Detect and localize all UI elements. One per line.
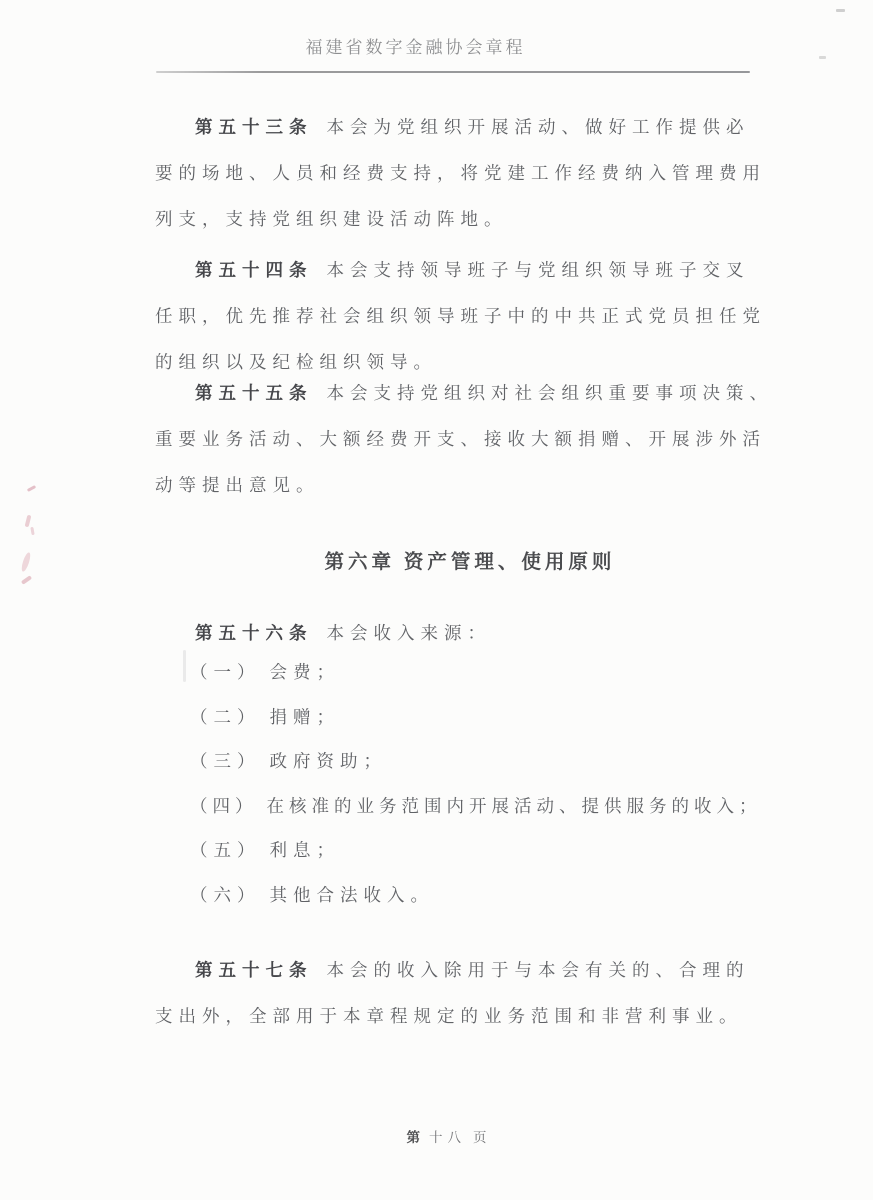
running-header-title: 福建省数字金融协会章程	[0, 33, 831, 58]
chapter-heading: 第六章 资产管理、使用原则	[164, 548, 776, 578]
article-text: 本会支持党组织对社会组织重要事项决策、	[327, 383, 774, 403]
article-53: 第五十三条本会为党组织开展活动、做好工作提供必 要的场地、人员和经费支持，将党建…	[155, 104, 795, 242]
item-marker: （三）	[190, 751, 261, 771]
header-rule	[156, 71, 750, 73]
list-item: （二）捐赠；	[190, 695, 820, 740]
article-number: 第五十五条	[195, 383, 313, 403]
list-item: （五）利息；	[190, 828, 820, 873]
item-marker: （五）	[190, 840, 261, 860]
list-item: （六）其他合法收入。	[190, 873, 820, 918]
item-text: 其他合法收入。	[270, 885, 435, 905]
article-number: 第五十六条	[195, 623, 313, 643]
article-number: 第五十三条	[195, 117, 313, 137]
page-number: 十八	[429, 1130, 466, 1145]
article-54: 第五十四条本会支持领导班子与党组织领导班子交叉 任职，优先推荐社会组织领导班子中…	[155, 247, 795, 385]
article-line: 第五十四条本会支持领导班子与党组织领导班子交叉	[155, 247, 795, 293]
item-text: 会费；	[270, 662, 341, 682]
item-text: 在核准的业务范围内开展活动、提供服务的收入；	[267, 796, 762, 816]
article-line: 任职，优先推荐社会组织领导班子中的中共正式党员担任党	[155, 293, 795, 339]
scan-speck	[819, 56, 826, 59]
margin-ink-mark	[30, 527, 34, 535]
article-line: 动等提出意见。	[155, 462, 795, 508]
item-marker: （四）	[190, 796, 258, 816]
article-text: 本会为党组织开展活动、做好工作提供必	[327, 117, 750, 137]
page-footer: 第十八页	[22, 1126, 873, 1146]
article-line: 第五十三条本会为党组织开展活动、做好工作提供必	[155, 104, 795, 150]
income-sources-list: （一）会费； （二）捐赠； （三）政府资助； （四）在核准的业务范围内开展活动、…	[190, 650, 820, 918]
margin-ink-mark	[27, 485, 36, 492]
article-line: 重要业务活动、大额经费开支、接收大额捐赠、开展涉外活	[155, 416, 795, 462]
item-text: 政府资助；	[270, 751, 388, 771]
article-number: 第五十四条	[195, 260, 313, 280]
article-55: 第五十五条本会支持党组织对社会组织重要事项决策、 重要业务活动、大额经费开支、接…	[155, 370, 795, 508]
item-text: 捐赠；	[270, 707, 341, 727]
document-page: 福建省数字金融协会章程 第五十三条本会为党组织开展活动、做好工作提供必 要的场地…	[0, 0, 873, 1200]
article-57: 第五十七条本会的收入除用于与本会有关的、合理的 支出外，全部用于本章程规定的业务…	[155, 947, 795, 1039]
article-number: 第五十七条	[195, 960, 313, 980]
scan-speck	[836, 9, 845, 12]
article-text: 本会支持领导班子与党组织领导班子交叉	[327, 260, 750, 280]
footer-prefix: 第	[407, 1130, 423, 1145]
margin-ink-mark	[20, 552, 32, 573]
margin-ink-mark	[21, 575, 32, 585]
list-item: （四）在核准的业务范围内开展活动、提供服务的收入；	[190, 784, 820, 829]
article-line: 要的场地、人员和经费支持，将党建工作经费纳入管理费用	[155, 150, 795, 196]
margin-ink-mark	[25, 515, 32, 528]
article-line: 列支，支持党组织建设活动阵地。	[155, 196, 795, 242]
article-line: 第五十七条本会的收入除用于与本会有关的、合理的	[155, 947, 795, 993]
article-text: 本会的收入除用于与本会有关的、合理的	[327, 960, 750, 980]
item-marker: （二）	[190, 707, 261, 727]
list-item: （一）会费；	[190, 650, 820, 695]
article-line: 第五十五条本会支持党组织对社会组织重要事项决策、	[155, 370, 795, 416]
item-text: 利息；	[270, 840, 341, 860]
list-item: （三）政府资助；	[190, 739, 820, 784]
article-text: 本会收入来源：	[327, 623, 492, 643]
scan-smudge	[183, 650, 186, 682]
item-marker: （六）	[190, 885, 261, 905]
item-marker: （一）	[190, 662, 261, 682]
article-line: 支出外，全部用于本章程规定的业务范围和非营利事业。	[155, 993, 795, 1039]
footer-suffix: 页	[473, 1130, 489, 1145]
